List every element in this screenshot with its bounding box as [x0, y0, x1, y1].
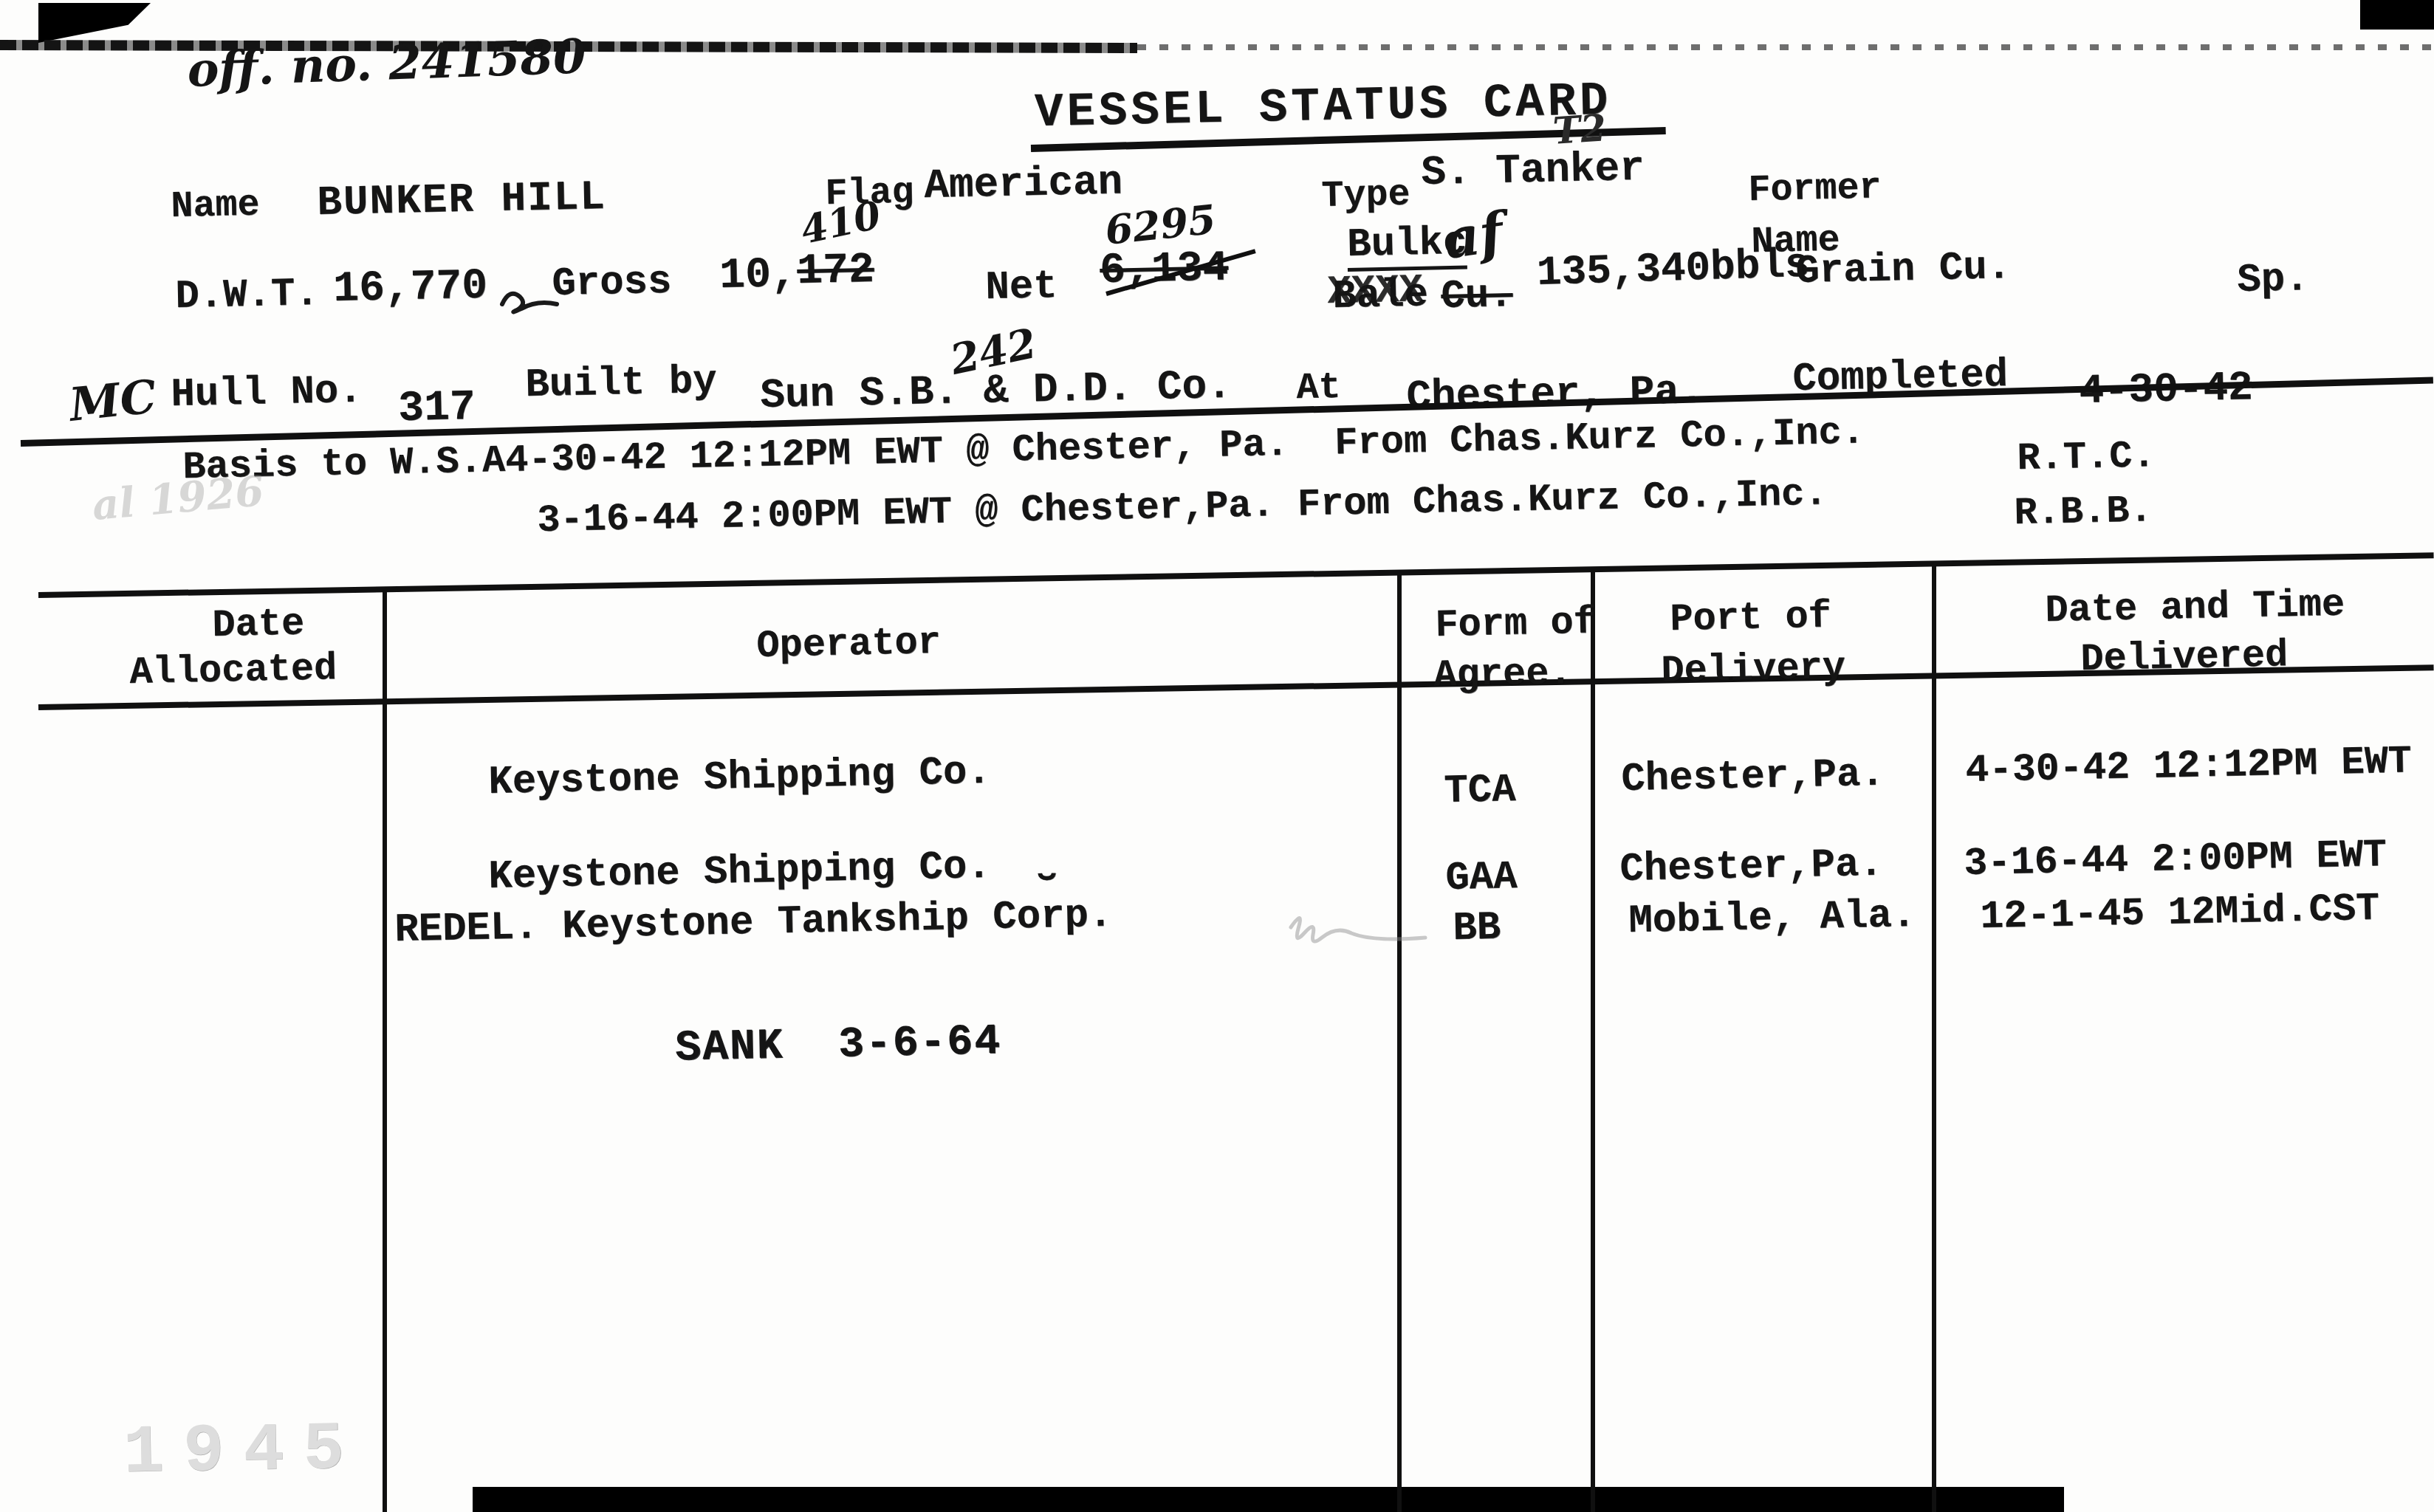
vessel-status-card: off. no. 241580 VESSEL STATUS CARD T2 Na… — [0, 0, 2434, 1512]
row2-operator-redelivery: REDEL. Keystone Tankship Corp. — [394, 893, 1113, 953]
row2-port-of-delivery-2: Mobile, Ala. — [1628, 893, 1916, 944]
row1-operator: Keystone Shipping Co. — [488, 750, 992, 805]
gross-value-prefix: 10, — [719, 251, 798, 300]
basis-line-2-code: R.B.B. — [2014, 489, 2153, 535]
bale-overstrike-xxxx: XXXX — [1327, 268, 1424, 315]
gross-corrected-handwriting: 410 — [797, 193, 885, 253]
mc-handwriting: MC — [66, 369, 159, 432]
built-by-label: Built by — [525, 360, 717, 408]
row2-port-of-delivery-1: Chester,Pa. — [1619, 842, 1884, 893]
row1-date-time-delivered: 4-30-42 12:12PM EWT — [1965, 739, 2412, 793]
scan-corner-top-right — [2360, 0, 2434, 30]
header-port-of-delivery-line2: Delivery — [1661, 646, 1846, 693]
dwt-label: D.W.T. — [175, 272, 320, 320]
former-name-label-line1: Former — [1748, 167, 1882, 212]
bottom-left-stamp: 1945 — [123, 1410, 364, 1492]
table-vline-col3 — [1591, 570, 1595, 1512]
row2-corp-breve-mark: ˘ — [1031, 867, 1063, 927]
row2-date-time-delivered-2: 12-1-45 12Mid.CST — [1980, 887, 2380, 939]
table-vline-col2 — [1397, 573, 1402, 1512]
bulk-capacity-handwriting: af — [1440, 201, 1507, 272]
header-date-allocated-line1: Date — [212, 602, 305, 647]
hull-no-value: 317 — [398, 384, 476, 433]
row1-form-of-agree: TCA — [1444, 768, 1516, 814]
flag-value: American — [924, 158, 1123, 210]
name-value: BUNKER HILL — [317, 173, 607, 227]
cu-label-struck: Cu. — [1441, 273, 1513, 320]
gross-value-struck: 172 — [797, 247, 875, 296]
gross-label: Gross — [552, 260, 672, 307]
row2-date-time-delivered-1: 3-16-44 2:00PM EWT — [1964, 833, 2387, 886]
dwt-value: 16,770 — [333, 263, 488, 314]
name-label: Name — [171, 184, 260, 228]
scan-edge-line-right — [1137, 44, 2434, 50]
header-date-time-delivered-line1: Date and Time — [2045, 583, 2345, 633]
table-vline-col4 — [1932, 563, 1936, 1512]
pencil-note: al 1926 — [90, 467, 266, 530]
header-date-allocated-line2: Allocated — [129, 647, 337, 695]
table-header-bottom-border — [38, 664, 2434, 710]
row1-port-of-delivery: Chester,Pa. — [1621, 752, 1885, 803]
basis-line-2: 3-16-44 2:00PM EWT @ Chester,Pa. From Ch… — [537, 472, 1828, 543]
official-number-handwriting: off. no. 241580 — [186, 29, 586, 98]
sank-note: SANK 3-6-64 — [675, 1018, 1002, 1073]
grain-cu-label: Grain Cu. — [1795, 245, 2012, 295]
type-value: S. Tanker — [1421, 145, 1645, 196]
type-label: Type — [1321, 173, 1410, 218]
pencil-squiggle — [1286, 905, 1434, 957]
header-form-of-agree-line1: Form of — [1435, 600, 1597, 647]
hull-no-label: Hull No. — [171, 369, 363, 418]
capacity-value: 135,340bbls — [1536, 241, 1810, 297]
header-date-time-delivered-line2: Delivered — [2080, 633, 2289, 681]
header-form-of-agree-line2: Agree. — [1433, 651, 1572, 698]
scan-corner-top-left — [38, 3, 151, 43]
row2-form-of-agree-1: GAA — [1445, 855, 1518, 901]
table-vline-col1 — [383, 591, 387, 1512]
header-port-of-delivery-line1: Port of — [1670, 594, 1832, 642]
at-value: Chester, Pa. — [1406, 368, 1705, 421]
sp-label: Sp. — [2237, 257, 2309, 303]
basis-line-1-code: R.T.C. — [2017, 434, 2156, 481]
scan-bottom-bar — [473, 1487, 2064, 1512]
row2-form-of-agree-2: BB — [1453, 906, 1501, 952]
row2-operator: Keystone Shipping Co. — [488, 845, 992, 900]
at-label: At — [1296, 367, 1341, 410]
net-label: Net — [985, 264, 1057, 311]
header-operator: Operator — [756, 621, 942, 668]
